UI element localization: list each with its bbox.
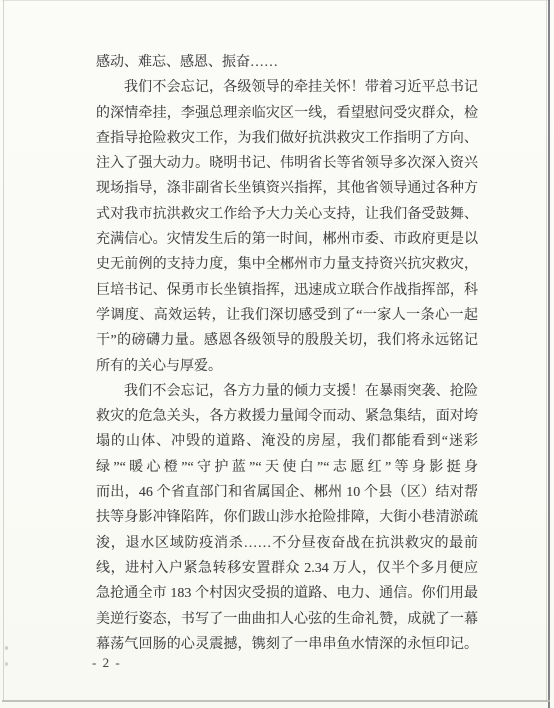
body-text-line: 塌的山体、冲毁的道路、淹没的房屋，我们都能看到“迷彩	[96, 429, 478, 454]
body-text-line: 干”的磅礴力量。感恩各级领导的殷殷关切，我们将永远铭记	[96, 328, 478, 353]
body-text-line: 急抢通全市 183 个村因灾受损的道路、电力、通信。你们用最	[96, 581, 478, 606]
body-text-line: 式对我市抗洪救灾工作给予大力关心支持，让我们备受鼓舞、	[96, 202, 478, 227]
body-text-line: 所有的关心与厚爱。	[96, 354, 478, 379]
body-text-line: 充满信心。灾情发生后的第一时间，郴州市委、市政府更是以	[96, 227, 478, 252]
body-text-line: 浚，退水区域防疫消杀……不分昼夜奋战在抗洪救灾的最前	[96, 531, 478, 556]
body-text-line: 感动、难忘、感恩、振奋……	[96, 50, 478, 75]
body-text-line: 注入了强大动力。晓明书记、伟明省长等省领导多次深入资兴	[96, 151, 478, 176]
scan-edge-bottom	[2, 700, 550, 702]
body-text-line: 线，进村入户紧急转移安置群众 2.34 万人，仅半个多月便应	[96, 556, 478, 581]
scan-edge-left	[3, 0, 4, 702]
body-text-line: 而出，46 个省直部门和省属国企、郴州 10 个县（区）结对帮	[96, 480, 478, 505]
body-text-line: 史无前例的支持力度，集中全郴州市力量支持资兴抗灾救灾，	[96, 252, 478, 277]
page-number: - 2 -	[92, 655, 121, 671]
body-text-line: 绿”“暖心橙”“守护蓝”“天使白”“志愿红”等身影挺身	[96, 455, 478, 480]
body-text-line: 我们不会忘记，各级领导的牵挂关怀！带着习近平总书记	[96, 75, 478, 100]
body-text-line: 扶等身影冲锋陷阵，你们跋山涉水抢险排障，大街小巷清淤疏	[96, 505, 478, 530]
body-text-line: 美逆行姿态，书写了一曲曲扣人心弦的生命礼赞，成就了一幕	[96, 607, 478, 632]
body-text-line: 幕荡气回肠的心灵震撼，镌刻了一串串鱼水情深的永恒印记。	[96, 632, 478, 657]
body-text-line: 现场指导，涤非副省长坐镇资兴指挥，其他省领导通过各种方	[96, 176, 478, 201]
scan-edge-right-soft	[546, 0, 547, 702]
body-text-line: 学调度、高效运转，让我们深切感受到了“一家人一条心一起	[96, 303, 478, 328]
scan-artifact-speck	[5, 646, 8, 650]
body-text-line: 查指导抢险救灾工作，为我们做好抗洪救灾工作指明了方向、	[96, 126, 478, 151]
letter-body-text: 感动、难忘、感恩、振奋……我们不会忘记，各级领导的牵挂关怀！带着习近平总书记的深…	[96, 50, 478, 657]
scan-artifact-speck	[5, 662, 8, 666]
body-text-line: 的深情牵挂，李强总理亲临灾区一线，看望慰问受灾群众，检	[96, 101, 478, 126]
scan-edge-top	[2, 0, 550, 1]
body-text-line: 巨培书记、保勇市长坐镇指挥，迅速成立联合作战指挥部，科	[96, 278, 478, 303]
body-text-line: 救灾的危急关头，各方救援力量闻令而动、紧急集结，面对垮	[96, 404, 478, 429]
scan-edge-right	[548, 0, 550, 708]
scanned-document-page: 感动、难忘、感恩、振奋……我们不会忘记，各级领导的牵挂关怀！带着习近平总书记的深…	[0, 0, 554, 708]
body-text-line: 我们不会忘记，各方力量的倾力支援！在暴雨突袭、抢险	[96, 379, 478, 404]
